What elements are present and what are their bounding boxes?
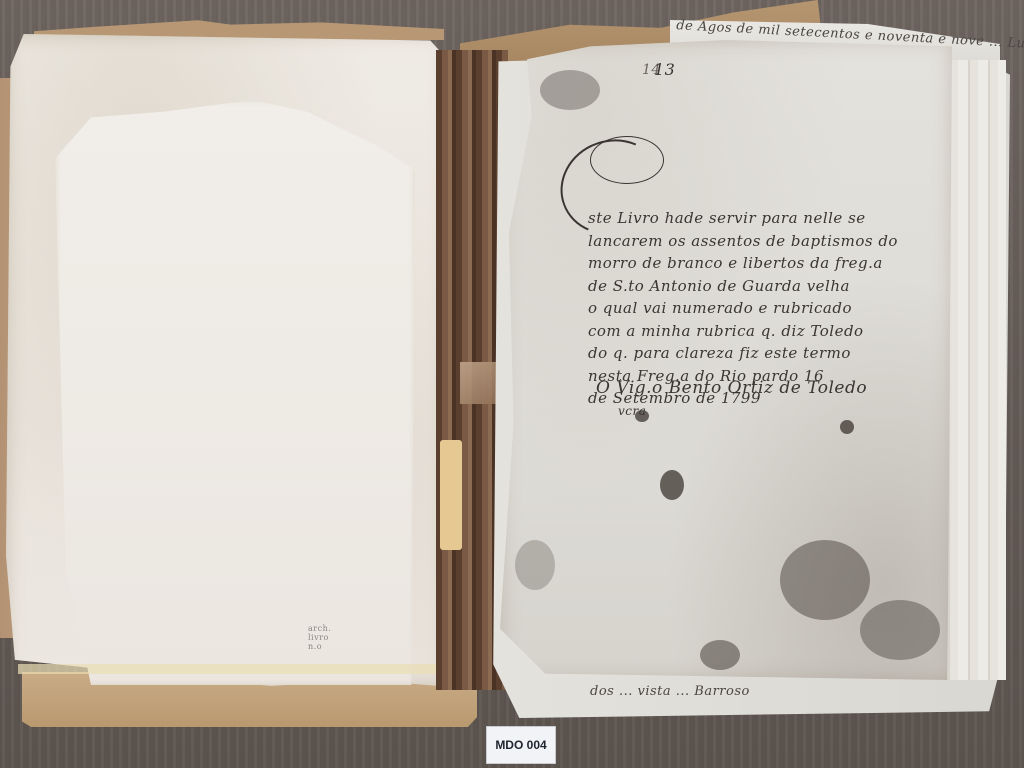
manuscript-line: do q. para clareza fiz este termo [588, 342, 898, 365]
initial-loop-icon [590, 136, 664, 184]
ink-blot [700, 640, 740, 670]
pencil-note: arch. livro n.o [308, 624, 331, 651]
folio-number: 13 [654, 60, 675, 79]
left-page-edge [18, 664, 438, 674]
manuscript-line: ste Livro hade servir para nelle se [588, 207, 898, 230]
manuscript-line: o qual vai numerado e rubricado [588, 297, 898, 320]
ink-blot [840, 420, 854, 434]
left-inner-sheet [55, 100, 415, 685]
insect-damage-blot [780, 540, 870, 620]
manuscript-line: de S.to Antonio de Guarda velha [588, 275, 898, 298]
insect-damage-blot [515, 540, 555, 590]
manuscript-line: lancarem os assentos de baptismos do [588, 230, 898, 253]
insect-damage-blot [860, 600, 940, 660]
manuscript-line: com a minha rubrica q. diz Toledo [588, 320, 898, 343]
spine-fragment-label [440, 440, 462, 550]
manuscript-line: morro de branco e libertos da freg.a [588, 252, 898, 275]
ink-blot [660, 470, 684, 500]
spine-repair-patch [460, 362, 500, 404]
insect-damage-blot [540, 70, 600, 110]
bottom-strip-handwriting: dos ... vista ... Barroso [590, 684, 750, 699]
catalog-label: MDO 004 [486, 726, 556, 764]
signature: O Vig.o Bento Ortiz de Toledo [596, 378, 867, 398]
ink-blot [635, 410, 649, 422]
